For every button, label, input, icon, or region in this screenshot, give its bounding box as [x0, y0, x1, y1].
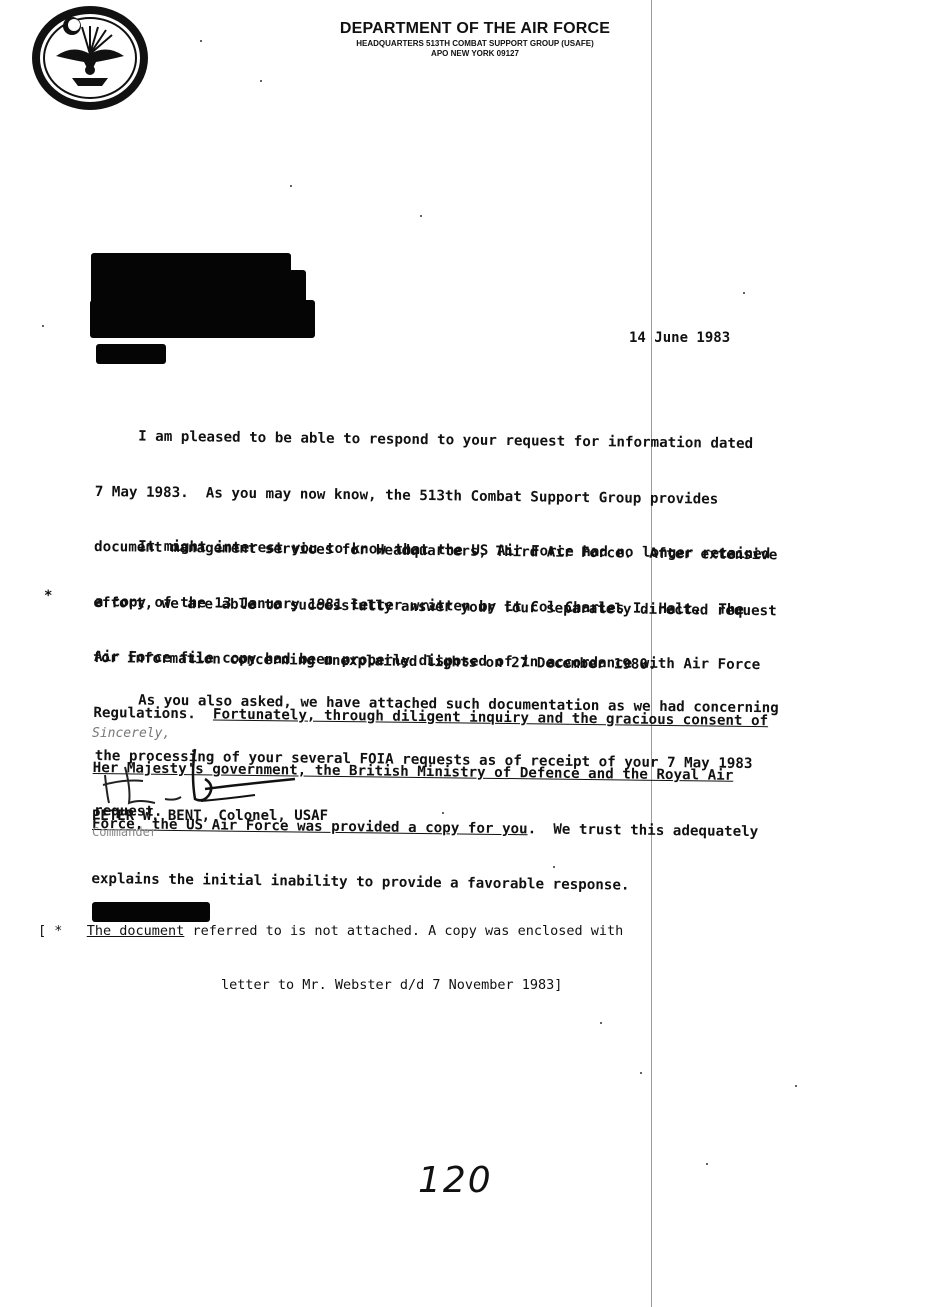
scan-speck	[290, 185, 292, 187]
text-line: a copy of the 13 January 1981 letter wri…	[95, 592, 895, 620]
closing: Sincerely,	[92, 726, 170, 741]
underlined-text: The document	[87, 923, 185, 939]
text-line: It might interest you to know that the U…	[95, 537, 895, 565]
letterhead: DEPARTMENT OF THE AIR FORCE HEADQUARTERS…	[300, 20, 650, 58]
signature-image	[95, 745, 315, 815]
text-line: I am pleased to be able to respond to yo…	[95, 427, 895, 455]
letter-page: DEPARTMENT OF THE AIR FORCE HEADQUARTERS…	[0, 0, 928, 1307]
text-line: As you also asked, we have attached such…	[95, 691, 895, 719]
redacted-recipient-block	[90, 300, 315, 338]
text-segment: referred to is not attached. A copy was …	[184, 923, 623, 939]
scan-speck	[640, 1072, 642, 1074]
redacted-recipient-line	[96, 344, 166, 364]
note-marker: [ *	[38, 923, 62, 939]
scan-speck	[260, 80, 262, 82]
letter-date: 14 June 1983	[629, 330, 730, 346]
scan-speck	[42, 325, 44, 327]
scan-speck	[442, 812, 444, 814]
signer-name: PETER W. BENT, Colonel, USAF	[92, 808, 328, 824]
scan-speck	[420, 215, 422, 217]
text-segment: letter to Mr. Webster d/d 7 November 198…	[221, 977, 562, 993]
scan-speck	[200, 40, 202, 42]
handwritten-page-number: 120	[418, 1160, 493, 1201]
margin-asterisk: *	[44, 588, 52, 604]
note-line: [ * The document referred to is not atta…	[38, 922, 623, 940]
letterhead-address: APO NEW YORK 09127	[300, 49, 650, 58]
letterhead-subtitle: HEADQUARTERS 513TH COMBAT SUPPORT GROUP …	[300, 39, 650, 48]
letterhead-title: DEPARTMENT OF THE AIR FORCE	[300, 20, 650, 38]
scan-speck	[743, 292, 745, 294]
note-line: letter to Mr. Webster d/d 7 November 198…	[38, 976, 623, 994]
scan-speck	[795, 1085, 797, 1087]
signer-title: Commander	[92, 825, 157, 839]
scan-speck	[553, 866, 555, 868]
scan-speck	[600, 1022, 602, 1024]
scan-speck	[706, 1163, 708, 1165]
department-of-defense-seal-icon	[28, 4, 152, 112]
redacted-name	[92, 902, 210, 922]
